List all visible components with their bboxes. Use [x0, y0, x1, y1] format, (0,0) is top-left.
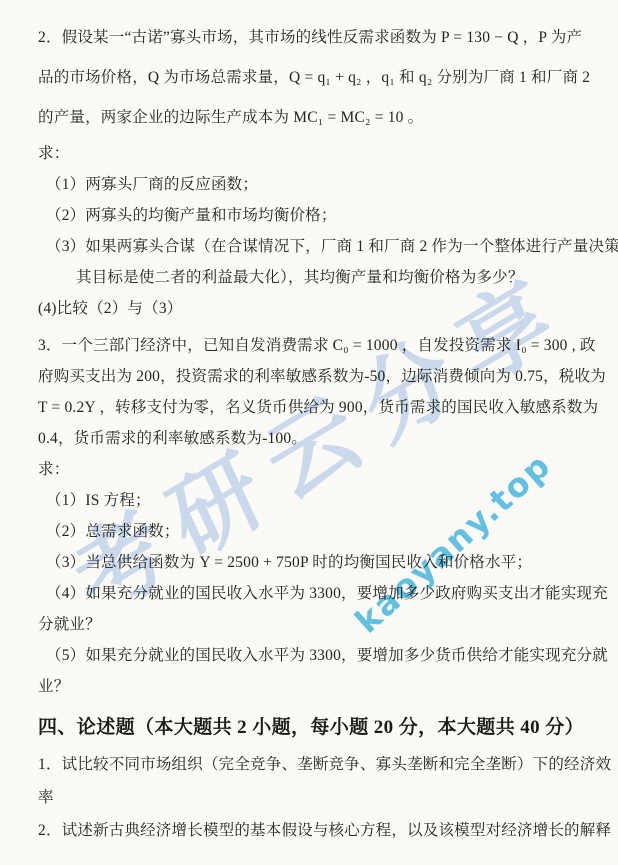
text-line: 0.4，货币需求的利率敏感系数为-100。	[38, 423, 594, 454]
text-line: 率	[38, 781, 594, 814]
text-line: 业？	[38, 671, 594, 702]
text-line: 其目标是使二者的利益最大化），其均衡产量和均衡价格为多少？	[38, 262, 594, 293]
text-line: （1）IS 方程；	[38, 485, 594, 516]
text-line: （3）当总供给函数为 Y = 2500 + 750P 时的均衡国民收入和价格水平…	[38, 547, 594, 578]
text-line: 3．一个三部门经济中，已知自发消费需求 C₀ = 1000 ，自发投资需求 I₀…	[38, 330, 594, 361]
text-line: （2）总需求函数；	[38, 516, 594, 547]
text-line: 求：	[38, 454, 594, 485]
text-line: （5）如果充分就业的国民收入水平为 3300，要增加多少货币供给才能实现充分就	[38, 640, 594, 671]
text-line: 分就业？	[38, 609, 594, 640]
text-line: 求：	[38, 138, 594, 169]
text-line: （2）两寡头的均衡产量和市场均衡价格；	[38, 200, 594, 231]
text-line: 1．试比较不同市场组织（完全竞争、垄断竞争、寡头垄断和完全垄断）下的经济效	[38, 748, 594, 781]
text-line: （1）两寡头厂商的反应函数；	[38, 169, 594, 200]
text-line: 品的市场价格，Q 为市场总需求量，Q = q₁ + q₂ ，q₁ 和 q₂ 分别…	[38, 58, 594, 98]
scanned-exam-page: 2．假设某一“古诺”寡头市场，其市场的线性反需求函数为 P = 130 − Q …	[0, 0, 618, 865]
text-line: (4)比较（2）与（3）	[38, 293, 594, 324]
text-line: （3）如果两寡头合谋（在合谋情况下，厂商 1 和厂商 2 作为一个整体进行产量决…	[38, 231, 594, 262]
text-line: 2．试述新古典经济增长模型的基本假设与核心方程，以及该模型对经济增长的解释	[38, 814, 594, 847]
text-line: 的产量，两家企业的边际生产成本为 MC₁ = MC₂ = 10 。	[38, 98, 594, 138]
text-line: 府购买支出为 200，投资需求的利率敏感系数为-50，边际消费倾向为 0.75，…	[38, 361, 594, 392]
section-heading: 四、论述题（本大题共 2 小题，每小题 20 分，本大题共 40 分）	[38, 708, 594, 748]
exam-text-body: 2．假设某一“古诺”寡头市场，其市场的线性反需求函数为 P = 130 − Q …	[0, 0, 618, 847]
text-line: （4）如果充分就业的国民收入水平为 3300，要增加多少政府购买支出才能实现充	[38, 578, 594, 609]
text-line: 2．假设某一“古诺”寡头市场，其市场的线性反需求函数为 P = 130 − Q …	[38, 18, 594, 58]
text-line: T = 0.2Y ，转移支付为零，名义货币供给为 900，货币需求的国民收入敏感…	[38, 392, 594, 423]
